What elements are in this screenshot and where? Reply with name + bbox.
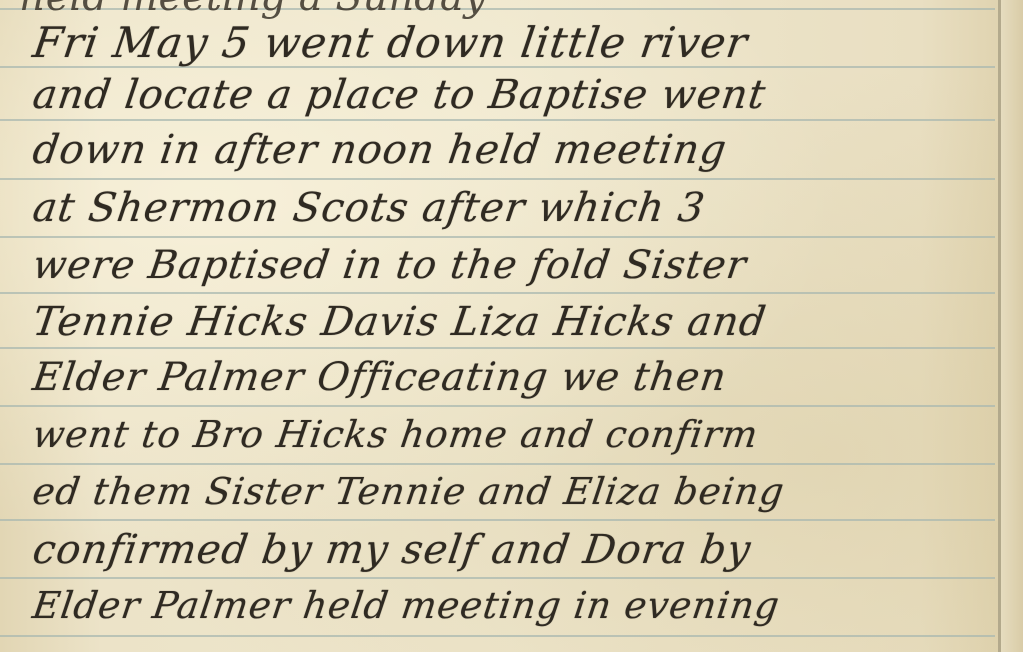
handwriting-line-3: down in after noon held meeting (30, 127, 730, 173)
page-edge (1001, 0, 1023, 652)
ruled-line (0, 635, 995, 637)
handwriting-line-2: and locate a place to Baptise went (30, 72, 769, 118)
ruled-line (0, 463, 995, 465)
handwriting-line-7: Elder Palmer Officeating we then (30, 355, 730, 400)
handwriting-line-10: confirmed by my self and Dora by (30, 527, 754, 573)
handwriting-line-9: ed them Sister Tennie and Eliza being (30, 470, 787, 513)
ruled-line (0, 347, 995, 349)
handwriting-line-4: at Shermon Scots after which 3 (30, 185, 708, 231)
handwriting-line-11: Elder Palmer held meeting in evening (30, 584, 783, 627)
ruled-line (0, 119, 995, 121)
ruled-line (0, 292, 995, 294)
handwriting-line-5: were Baptised in to the fold Sister (30, 243, 750, 288)
ruled-line (0, 519, 995, 521)
handwriting-line-6: Tennie Hicks Davis Liza Hicks and (30, 299, 769, 345)
ruled-line (0, 577, 995, 579)
cut-off-handwriting-line: held meeting a Sunday (20, 0, 486, 20)
handwriting-line-1: Fri May 5 went down little river (30, 18, 751, 67)
ruled-line (0, 236, 995, 238)
diary-page: held meeting a Sunday Fri May 5 went dow… (0, 0, 1023, 652)
right-margin-line (998, 0, 1001, 652)
handwriting-line-8: went to Bro Hicks home and confirm (30, 413, 761, 456)
ruled-line (0, 178, 995, 180)
ruled-line (0, 405, 995, 407)
